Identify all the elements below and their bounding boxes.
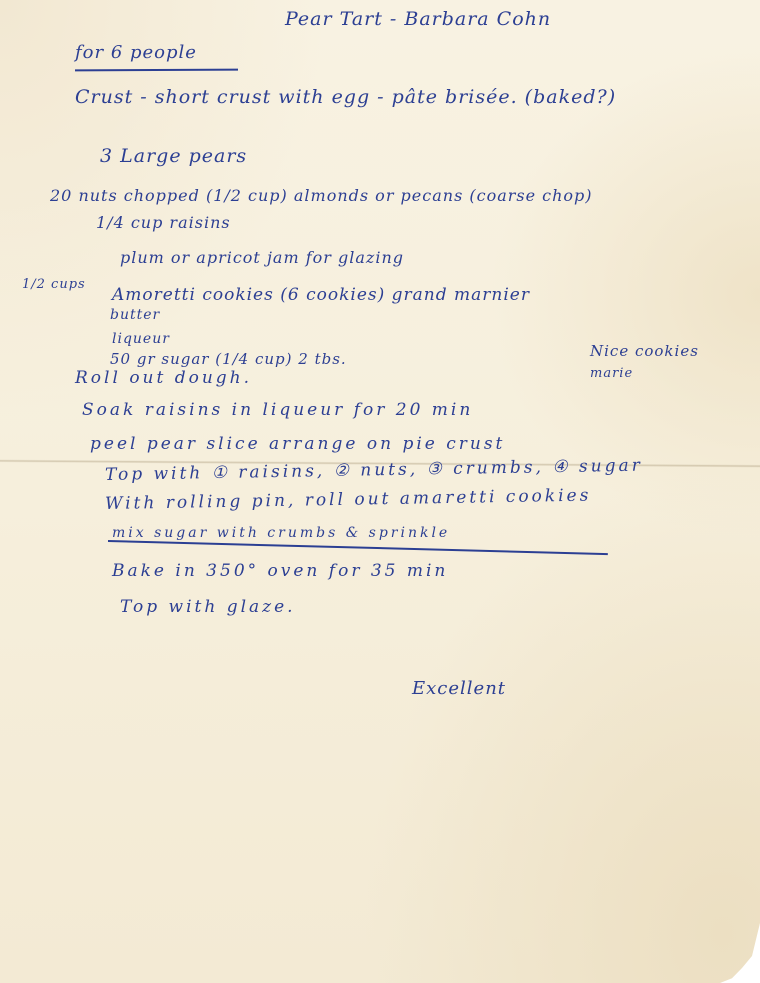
- step-arrange-pears: peel pear slice arrange on pie crust: [90, 436, 505, 453]
- servings-heading: for 6 people: [75, 44, 197, 62]
- strikethrough-line: [108, 540, 608, 555]
- rating-note: Excellent: [412, 680, 506, 698]
- ingredient-raisins: 1/4 cup raisins: [96, 215, 231, 231]
- step-soak-raisins: Soak raisins in liqueur for 20 min: [82, 402, 473, 419]
- ingredient-nuts: 20 nuts chopped (1/2 cup) almonds or pec…: [50, 188, 593, 204]
- ingredient-liqueur: liqueur: [112, 332, 170, 346]
- step-crossed-out: mix sugar with crumbs & sprinkle: [112, 526, 450, 540]
- ingredient-pears: 3 Large pears: [100, 147, 247, 166]
- torn-corner: [720, 923, 760, 983]
- recipe-page: Pear Tart - Barbara Cohn for 6 people Cr…: [0, 0, 760, 983]
- margin-note: 1/2 cups: [22, 278, 86, 291]
- step-roll-dough: Roll out dough.: [75, 370, 252, 387]
- ingredient-jam: plum or apricot jam for glazing: [120, 250, 404, 266]
- ingredient-butter: butter: [110, 308, 160, 322]
- step-glaze: Top with glaze.: [120, 599, 296, 616]
- step-roll-cookies: With rolling pin, roll out amaretti cook…: [105, 488, 592, 513]
- crust-note: Crust - short crust with egg - pâte bris…: [75, 88, 616, 107]
- recipe-title: Pear Tart - Barbara Cohn: [285, 10, 551, 29]
- step-bake: Bake in 350° oven for 35 min: [112, 563, 448, 580]
- ingredient-cookies: Amoretti cookies (6 cookies) grand marni…: [112, 287, 530, 304]
- ingredient-sugar: 50 gr sugar (1/4 cup) 2 tbs.: [110, 352, 347, 367]
- side-note-cookies: Nice cookies: [590, 344, 699, 359]
- servings-underline: [75, 69, 238, 72]
- side-note-marie: marie: [590, 367, 633, 380]
